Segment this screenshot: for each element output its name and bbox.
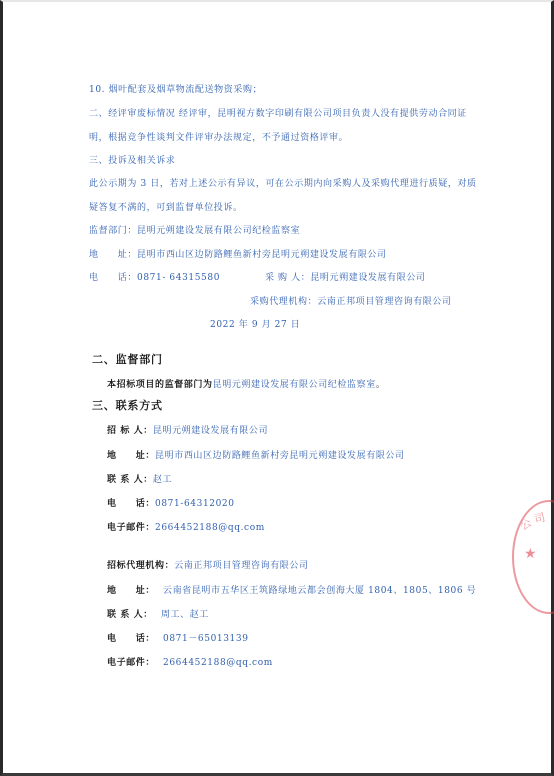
row-label: 电子邮件： xyxy=(107,522,155,534)
item-10-text: 10. 烟叶配套及烟草物流配送物资采购； xyxy=(89,84,262,96)
row-label: 招 标 人： xyxy=(107,425,153,437)
row-value: 赵工 xyxy=(153,475,172,485)
row-value: 周工、赵工 xyxy=(161,610,209,620)
row-value: 0871－65013139 xyxy=(163,634,249,644)
row-value: 0871-64312020 xyxy=(155,499,235,509)
seal-star-icon: ★ xyxy=(524,546,537,562)
supervision-heading: 二、监督部门 xyxy=(92,354,163,366)
row-label: 联 系 人： xyxy=(107,609,153,621)
row-value: 云南正邦项目管理咨询有限公司 xyxy=(174,561,308,571)
agency-address-row: 地 址：云南省昆明市五华区王筑路绿地云都会创海大厦 1804、1805、1806… xyxy=(107,585,476,597)
supervision-phone: 电 话：0871- 64315580 xyxy=(89,272,220,284)
agency-name-row: 招标代理机构：云南正邦项目管理咨询有限公司 xyxy=(107,560,309,572)
address-label: 地 址： xyxy=(89,250,137,260)
tenderer-phone-row: 电 话：0871-64312020 xyxy=(107,498,235,510)
tenderer-email-row: 电子邮件：2664452188@qq.com xyxy=(107,522,265,534)
row-label: 招标代理机构： xyxy=(107,560,174,572)
seal-char: 司 xyxy=(532,509,547,527)
notice-date: 2022 年 9 月 27 日 xyxy=(210,319,300,331)
tenderer-name-row: 招 标 人：昆明元朔建设发展有限公司 xyxy=(107,425,268,437)
supervision-suffix: 。 xyxy=(376,380,386,390)
supervision-dept-text: 监督部门：昆明元朔建设发展有限公司纪检监察室 xyxy=(89,225,300,237)
row-label: 电 话： xyxy=(107,633,155,645)
phone-value: 0871- 64315580 xyxy=(137,273,220,283)
row-label: 地 址： xyxy=(107,585,155,597)
complaint-line-2: 疑答复不满的，可到监督单位投诉。 xyxy=(89,202,243,214)
contact-heading: 三、联系方式 xyxy=(92,400,163,412)
agency-contact-row: 联 系 人：周工、赵工 xyxy=(107,609,209,621)
row-value: 云南省昆明市五华区王筑路绿地云都会创海大厦 1804、1805、1806 号 xyxy=(163,586,476,596)
agency-signature: 采购代理机构：云南正邦项目管理咨询有限公司 xyxy=(250,296,452,308)
phone-label: 电 话： xyxy=(89,273,137,283)
address-value: 昆明市西山区边防路鲤鱼新村旁昆明元朔建设发展有限公司 xyxy=(137,250,387,260)
supervision-prefix: 本招标项目的监督部门为 xyxy=(107,380,213,390)
tenderer-contact-row: 联 系 人：赵工 xyxy=(107,474,172,486)
seal-char: 公 xyxy=(517,514,535,533)
supervision-address: 地 址：昆明市西山区边防路鲤鱼新村旁昆明元朔建设发展有限公司 xyxy=(89,249,387,261)
row-label: 地 址： xyxy=(107,450,155,462)
row-value: 2664452188@qq.com xyxy=(163,658,273,668)
complaint-heading: 三、投诉及相关诉求 xyxy=(89,155,175,167)
row-label: 联 系 人： xyxy=(107,474,153,486)
disqualification-line-1: 二、经评审废标情况 经评审，昆明视方数字印刷有限公司项目负责人没有提供劳动合同证 xyxy=(89,108,467,120)
row-label: 电 话： xyxy=(107,498,155,510)
row-value: 昆明市西山区边防路鲤鱼新村旁昆明元朔建设发展有限公司 xyxy=(155,451,405,461)
supervision-statement: 本招标项目的监督部门为昆明元朔建设发展有限公司纪检监察室。 xyxy=(107,379,385,391)
row-value: 2664452188@qq.com xyxy=(155,523,265,533)
agency-email-row: 电子邮件：2664452188@qq.com xyxy=(107,657,273,669)
tenderer-address-row: 地 址：昆明市西山区边防路鲤鱼新村旁昆明元朔建设发展有限公司 xyxy=(107,450,405,462)
row-value: 昆明元朔建设发展有限公司 xyxy=(153,426,268,436)
agency-phone-row: 电 话：0871－65013139 xyxy=(107,633,249,645)
supervision-value: 昆明元朔建设发展有限公司纪检监察室 xyxy=(213,380,376,390)
row-label: 电子邮件： xyxy=(107,657,155,669)
purchaser-signature: 采 购 人：昆明元朔建设发展有限公司 xyxy=(265,272,426,284)
disqualification-line-2: 明，根据竞争性谈判文件评审办法规定，不予通过资格评审。 xyxy=(89,132,348,144)
complaint-line-1: 此公示期为 3 日，若对上述公示有异议，可在公示期内向采购人及采购代理进行质疑，… xyxy=(89,178,477,190)
